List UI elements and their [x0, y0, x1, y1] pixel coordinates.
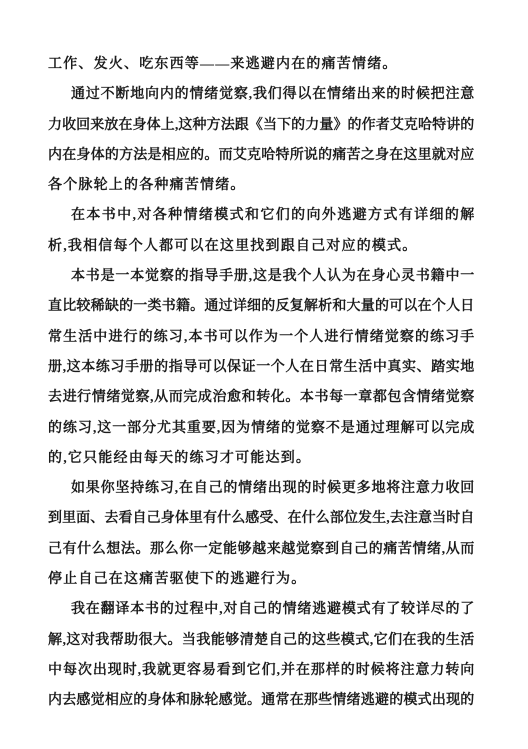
- text-line: 己有什么想法。那么你一定能够越来越觉察到自己的痛苦情绪,从而: [48, 535, 474, 565]
- text-line: 通过不断地向内的情绪觉察,我们得以在情绪出来的时候把注意: [48, 80, 474, 110]
- text-line: 中每次出现时,我就更容易看到它们,并在那样的时候将注意力转向: [48, 656, 474, 686]
- book-page: 工作、发火、吃东西等——来逃避内在的痛苦情绪。 通过不断地向内的情绪觉察,我们得…: [0, 0, 528, 749]
- text-line: 工作、发火、吃东西等——来逃避内在的痛苦情绪。: [48, 50, 474, 80]
- text-line: 在本书中,对各种情绪模式和它们的向外逃避方式有详细的解: [48, 201, 474, 231]
- text-line: 的,它只能经由每天的练习才可能达到。: [48, 444, 474, 474]
- text-line: 内在身体的方法是相应的。而艾克哈特所说的痛苦之身在这里就对应: [48, 141, 474, 171]
- body-text: 工作、发火、吃东西等——来逃避内在的痛苦情绪。 通过不断地向内的情绪觉察,我们得…: [48, 50, 474, 717]
- text-line: 析,我相信每个人都可以在这里找到跟自己对应的模式。: [48, 232, 474, 262]
- text-line: 力收回来放在身体上,这种方法跟《当下的力量》的作者艾克哈特讲的: [48, 111, 474, 141]
- text-line: 内去感觉相应的身体和脉轮感觉。通常在那些情绪逃避的模式出现的: [48, 686, 474, 716]
- text-line: 停止自己在这痛苦驱使下的逃避行为。: [48, 565, 474, 595]
- text-line: 直比较稀缺的一类书籍。通过详细的反复解析和大量的可以在个人日: [48, 292, 474, 322]
- text-line: 的练习,这一部分尤其重要,因为情绪的觉察不是通过理解可以完成: [48, 414, 474, 444]
- text-line: 常生活中进行的练习,本书可以作为一个人进行情绪觉察的练习手: [48, 323, 474, 353]
- text-line: 到里面、去看自己身体里有什么感受、在什么部位发生,去注意当时自: [48, 504, 474, 534]
- text-line: 去进行情绪觉察,从而完成治愈和转化。本书每一章都包含情绪觉察: [48, 383, 474, 413]
- text-line: 本书是一本觉察的指导手册,这是我个人认为在身心灵书籍中一: [48, 262, 474, 292]
- text-line: 我在翻译本书的过程中,对自己的情绪逃避模式有了较详尽的了: [48, 595, 474, 625]
- text-line: 如果你坚持练习,在自己的情绪出现的时候更多地将注意力收回: [48, 474, 474, 504]
- text-line: 解,这对我帮助很大。当我能够清楚自己的这些模式,它们在我的生活: [48, 626, 474, 656]
- text-line: 册,这本练习手册的指导可以保证一个人在日常生活中真实、踏实地: [48, 353, 474, 383]
- text-line: 各个脉轮上的各种痛苦情绪。: [48, 171, 474, 201]
